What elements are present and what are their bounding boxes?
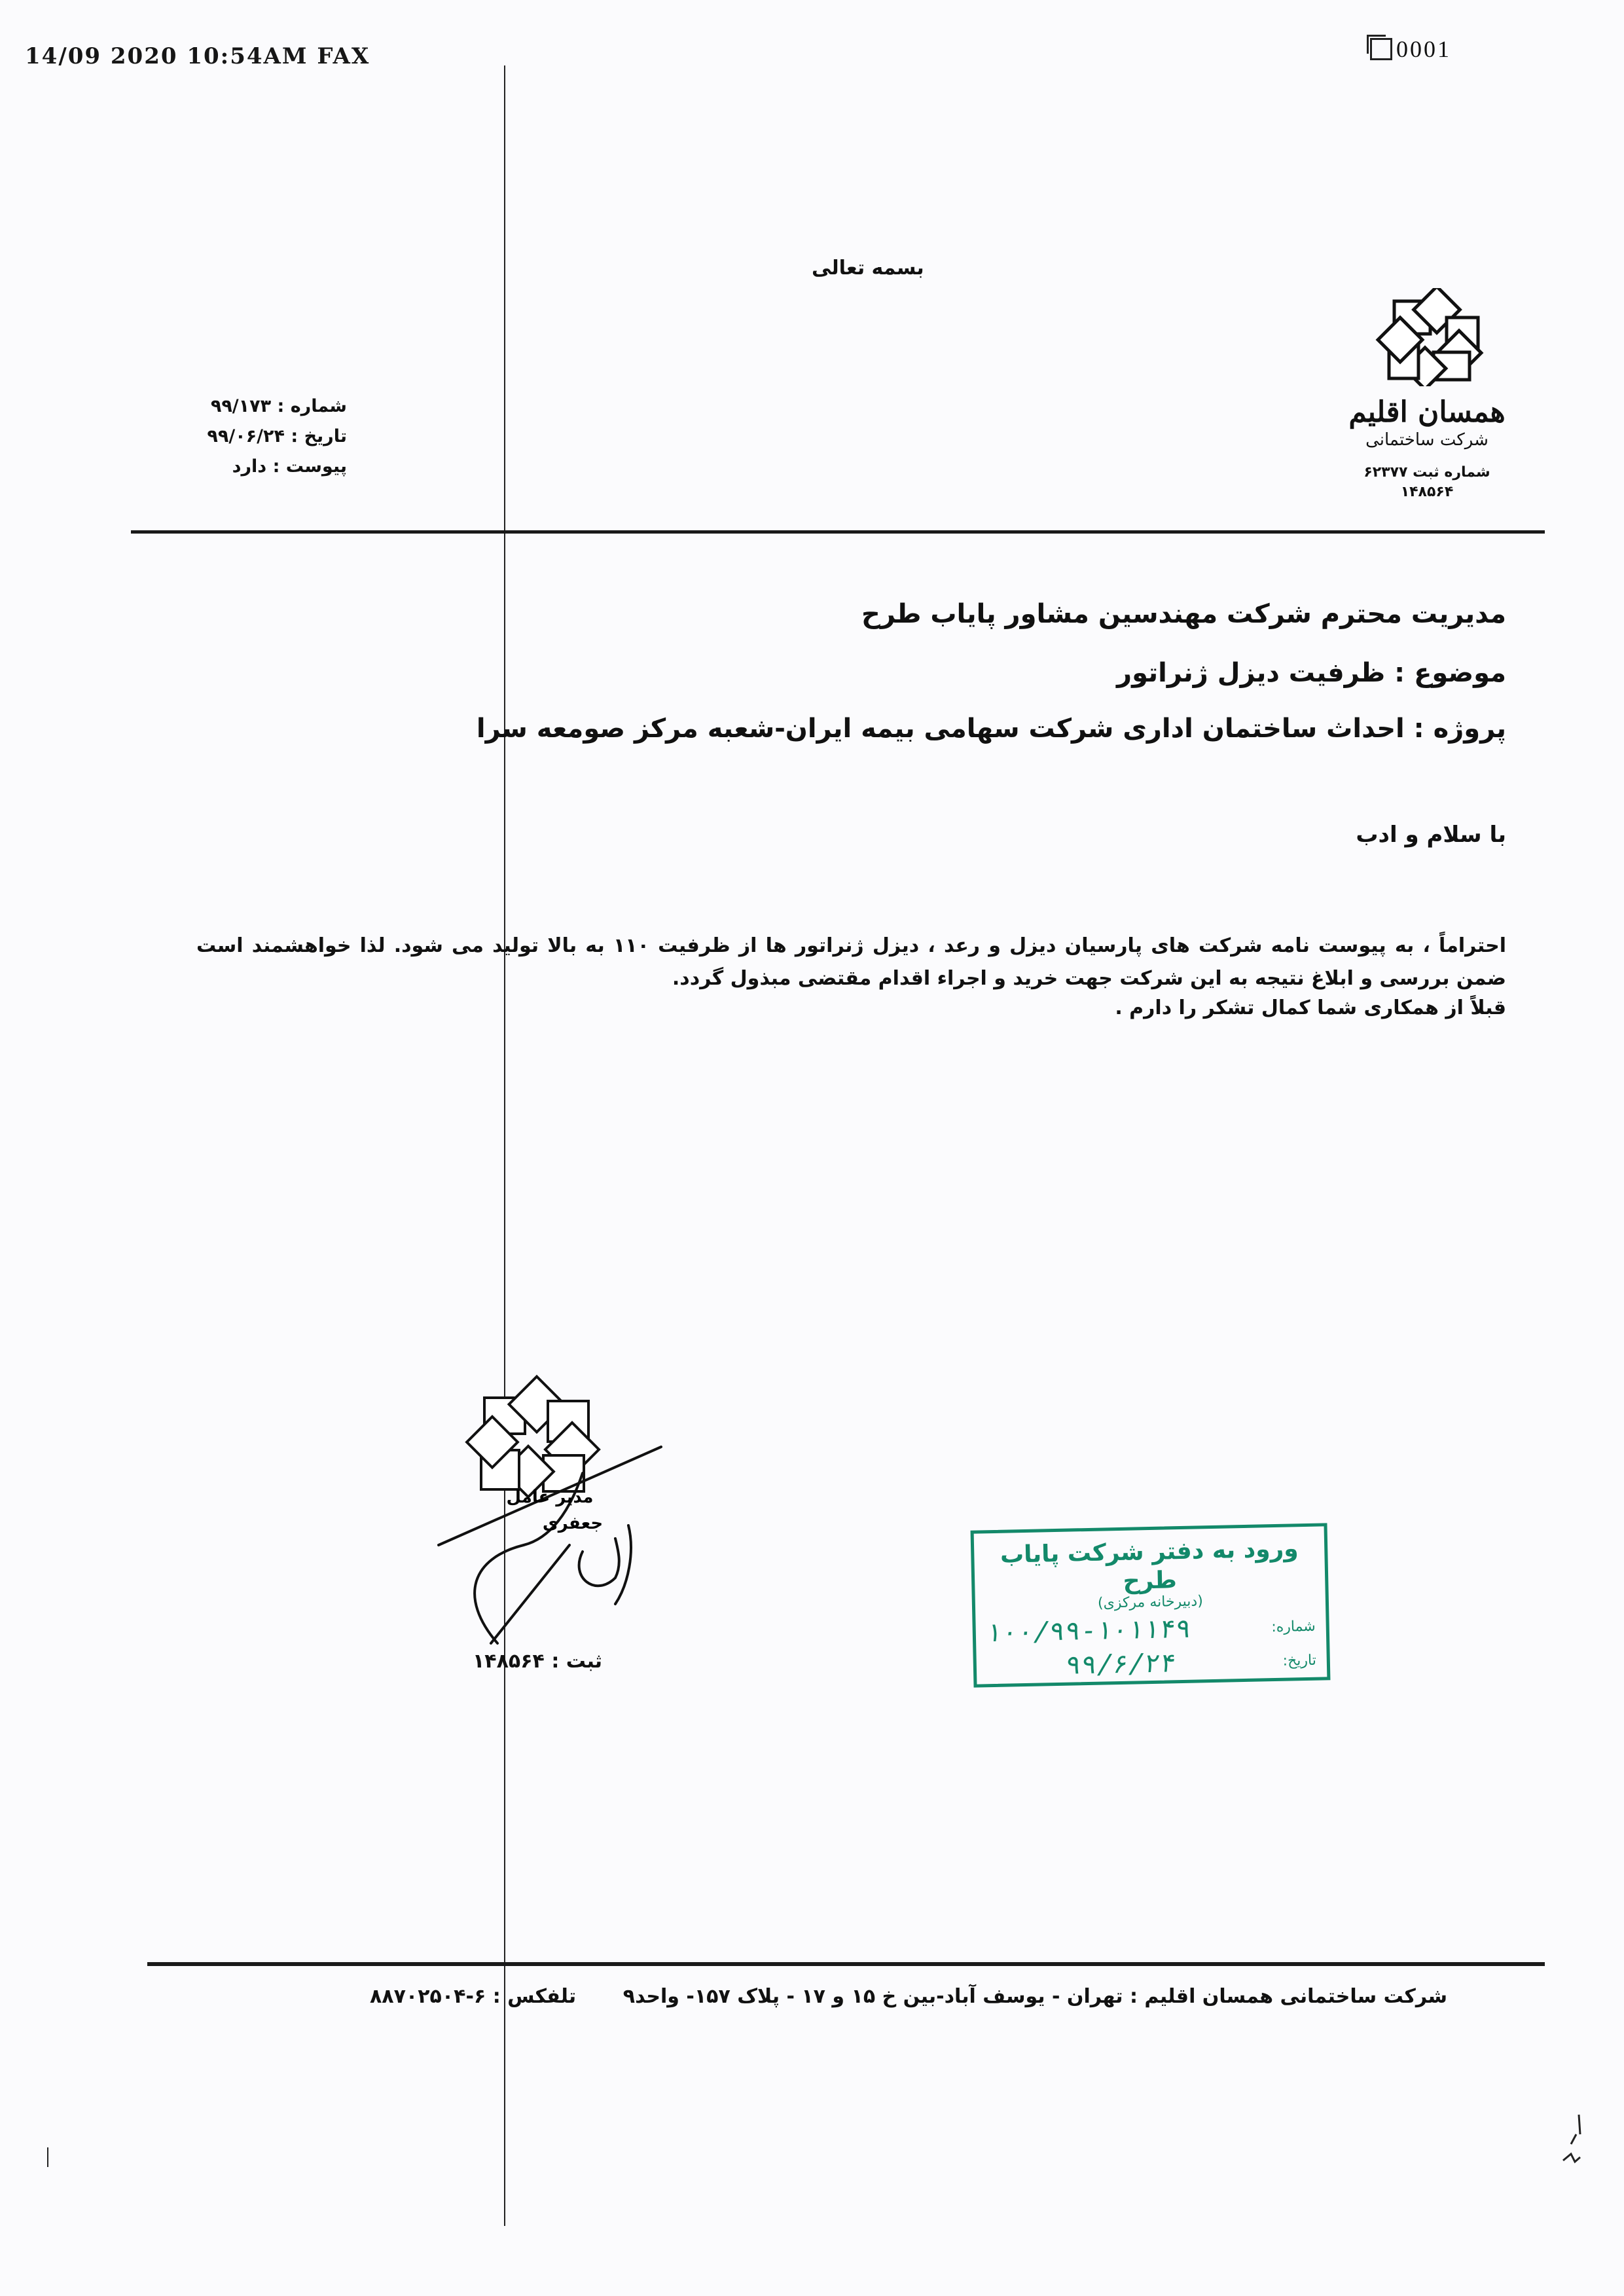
recipient-line: مدیریت محترم شرکت مهندسین مشاور پایاب طر… [861,599,1506,629]
body-paragraph-3: قبلاً از همکاری شما کمال تشکر را دارم . [196,995,1506,1021]
stamp-title: ورود به دفتر شرکت پایاب طرح [984,1535,1315,1599]
stamp-date-label: تاریخ: [1282,1652,1316,1669]
letter-body: احتراماً ، به پیوست نامه شرکت های پارسیا… [196,930,1506,1021]
body-paragraph-2: ضمن بررسی و ابلاغ نتیجه به این شرکت جهت … [196,962,1506,995]
telfax-label: تلفکس : [493,1985,576,2008]
logo-company-name: همسان اقلیم [1348,395,1506,429]
stamp-number-row: شماره: ۱۰۰/۹۹-۱۰۱۱۴۹ [986,1611,1316,1649]
scan-mark-left [47,2147,48,2167]
seal-signatory-name: جعفری [543,1514,603,1533]
seal-signatory-title: مدیر عامل [507,1487,594,1507]
subject-value: ظرفیت دیزل ژنراتور [1117,658,1385,688]
margin-scribble-icon [1558,2108,1597,2187]
footer-divider [147,1962,1545,1966]
fax-page-icon [1370,38,1392,60]
logo-company-subtitle: شرکت ساختمانی [1348,430,1506,450]
stamp-number-value: ۱۰۰/۹۹-۱۰۱۱۴۹ [984,1614,1193,1649]
letter-attachment-label: پیوست : [273,456,347,477]
bismillah-heading: بسمه تعالی [812,257,924,280]
letter-number-value: ۹۹/۱۷۳ [211,396,271,416]
company-logo: همسان اقلیم شرکت ساختمانی شماره ثبت ۶۲۳۷… [1348,288,1506,517]
fax-page-number: 0001 [1370,35,1451,63]
subject-line: موضوع : ظرفیت دیزل ژنراتور [1117,658,1506,688]
footer-telfax: تلفکس : ۶-۸۸۷۰۲۵۰۴ [370,1985,576,2008]
page-number-value: 0001 [1396,35,1451,63]
letter-date-value: ۹۹/۰۶/۲۴ [207,426,285,446]
project-label: پروژه : [1414,714,1506,744]
letter-meta: شماره : ۹۹/۱۷۳ تاریخ : ۹۹/۰۶/۲۴ پیوست : … [196,392,347,482]
received-stamp: ورود به دفتر شرکت پایاب طرح (دبیرخانه مر… [971,1523,1331,1687]
logo-reg-line-1: شماره ثبت ۶۲۳۷۷ [1348,463,1506,483]
telfax-value: ۶-۸۸۷۰۲۵۰۴ [370,1985,486,2008]
seal-registration: ثبت : ۱۴۸۵۶۴ [473,1650,602,1673]
body-paragraph-1: احتراماً ، به پیوست نامه شرکت های پارسیا… [196,930,1506,962]
letter-number-label: شماره : [278,396,347,416]
fold-line-vertical [504,65,505,2226]
fax-timestamp: 14/09 2020 10:54AM FAX [25,43,370,69]
eight-square-rosette-logo-icon [1348,288,1506,386]
stamp-date-row: تاریخ: ۹۹/۶/۲۴ [986,1645,1316,1683]
letter-date-label: تاریخ : [291,426,347,446]
company-seal-icon: مدیر عامل جعفری [419,1362,668,1650]
logo-reg-line-2: ۱۴۸۵۶۴ [1348,483,1506,502]
letter-attachment-row: پیوست : دارد [196,452,347,482]
signature-seal: مدیر عامل جعفری [419,1362,668,1676]
greeting: با سلام و ادب [1356,822,1506,848]
letter-date-row: تاریخ : ۹۹/۰۶/۲۴ [196,422,347,452]
stamp-number-label: شماره: [1271,1618,1316,1635]
project-value: احداث ساختمان اداری شرکت سهامی بیمه ایرا… [477,714,1405,744]
stamp-date-value: ۹۹/۶/۲۴ [1064,1648,1178,1681]
footer-address: شرکت ساختمانی همسان اقلیم : تهران - یوسف… [623,1985,1447,2008]
subject-label: موضوع : [1394,658,1506,688]
letter-attachment-value: دارد [232,456,267,477]
header-divider [131,530,1545,534]
project-line: پروژه : احداث ساختمان اداری شرکت سهامی ب… [477,714,1506,744]
letter-number-row: شماره : ۹۹/۱۷۳ [196,392,347,422]
